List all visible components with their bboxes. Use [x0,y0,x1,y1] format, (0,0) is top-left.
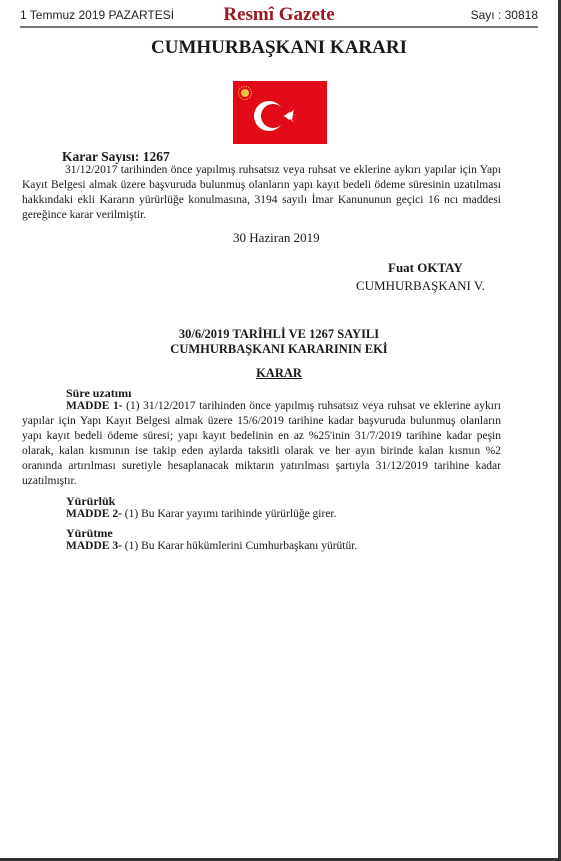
annex-title: 30/6/2019 TARİHLİ VE 1267 SAYILI CUMHURB… [0,327,558,357]
article-3-label: MADDE 3- [66,540,122,552]
article-1-text: (1) 31/12/2017 tarihinden önce yapılmış … [22,400,501,487]
issue-number: Sayı : 30818 [471,8,538,22]
document-title: CUMHURBAŞKANI KARARI [0,37,558,59]
gazette-page: 1 Temmuz 2019 PAZARTESİ Resmî Gazete Say… [0,0,561,861]
signatory-role: CUMHURBAŞKANI V. [356,278,485,294]
intro-paragraph: 31/12/2017 tarihinden önce yapılmış ruhs… [22,163,501,223]
annex-title-line1: 30/6/2019 TARİHLİ VE 1267 SAYILI [0,327,558,342]
article-3: MADDE 3- (1) Bu Karar hükümlerini Cumhur… [22,539,501,554]
article-2: MADDE 2- (1) Bu Karar yayımı tarihinde y… [22,507,501,522]
annex-title-line2: CUMHURBAŞKANI KARARININ EKİ [0,342,558,357]
annex-heading: KARAR [0,366,558,381]
turkish-flag-icon [233,81,327,144]
article-2-text: (1) Bu Karar yayımı tarihinde yürürlüğe … [122,508,337,520]
article-1-label: MADDE 1- [66,400,123,412]
page-header: 1 Temmuz 2019 PAZARTESİ Resmî Gazete Say… [20,4,538,26]
publication-title: Resmî Gazete [20,4,538,26]
signature-date: 30 Haziran 2019 [233,230,320,246]
article-1: MADDE 1- (1) 31/12/2017 tarihinden önce … [22,399,501,489]
header-divider [20,26,538,28]
article-3-text: (1) Bu Karar hükümlerini Cumhurbaşkanı y… [122,540,357,552]
signatory-name: Fuat OKTAY [388,260,463,276]
article-2-label: MADDE 2- [66,508,122,520]
